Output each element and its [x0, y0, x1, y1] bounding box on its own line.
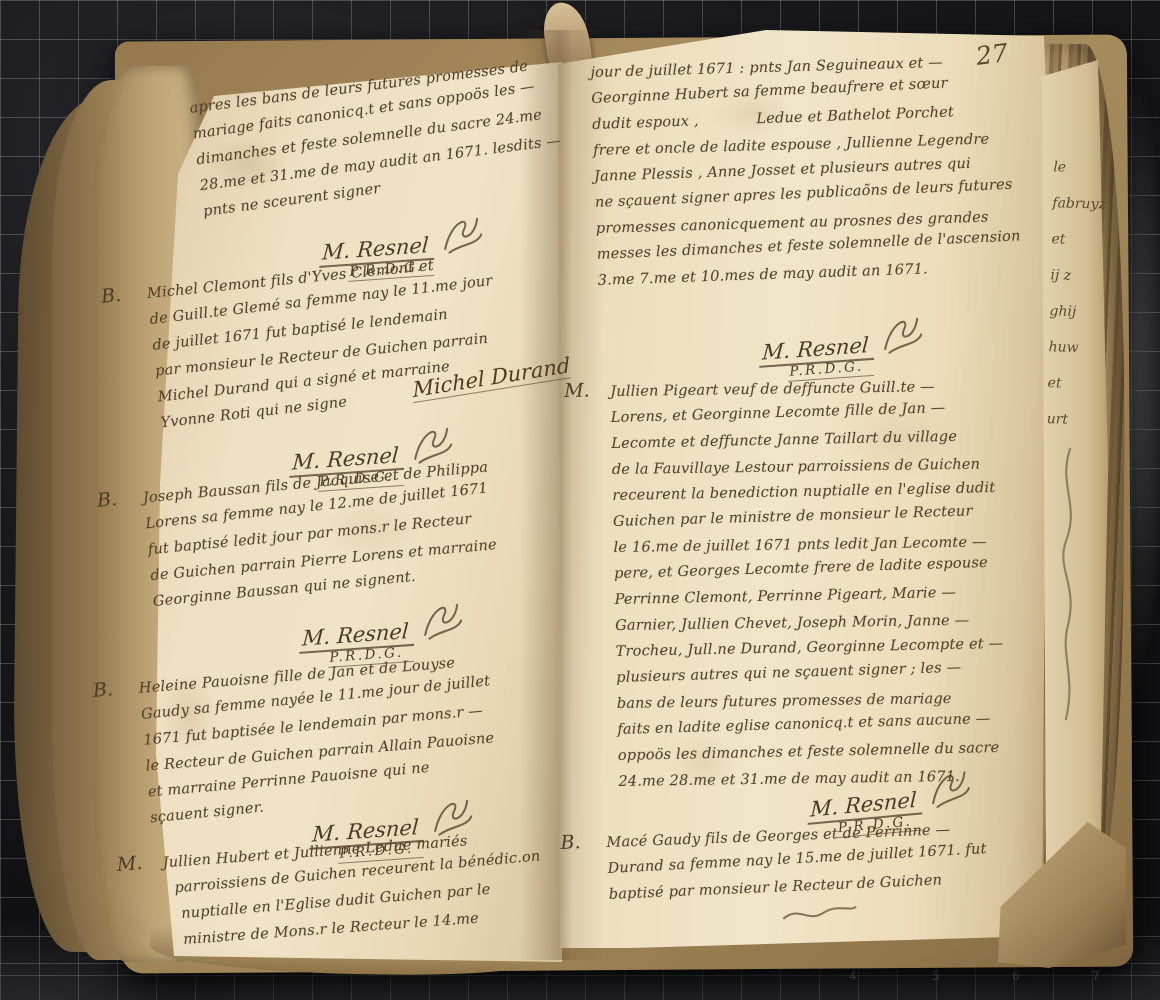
text-fragment: fabruyz: [1052, 185, 1113, 223]
mat-ruler-number: 5: [932, 969, 940, 983]
register-entry: B. Macé Gaudy fils de Georges et de Perr…: [560, 811, 1050, 940]
entry-lines: Jullien Pigeart veuf de deffuncte Guill.…: [610, 370, 1059, 795]
text-fragment: huw: [1048, 329, 1109, 367]
entry-lines: jour de juillet 1671 : pnts Jan Seguinea…: [590, 44, 1046, 293]
text-fragment: et: [1047, 365, 1108, 403]
signature-flourish-icon: [876, 312, 925, 359]
entry-lines: Macé Gaudy fils de Georges et de Perrinn…: [606, 811, 1050, 938]
mat-ruler-number: 6: [1012, 969, 1020, 983]
register-entry: M. Jullien Pigeart veuf de deffuncte Gui…: [564, 370, 1059, 796]
register-entry: jour de juillet 1671 : pnts Jan Seguinea…: [590, 44, 1046, 293]
edge-ink-flourish-icon: [1056, 445, 1082, 729]
entry-type-marker: B.: [560, 830, 611, 940]
mat-ruler-number: 7: [1092, 969, 1100, 983]
text-fragment: urt: [1046, 401, 1107, 439]
text-fragment: ghij: [1049, 293, 1110, 331]
text-fragment: le: [1053, 149, 1114, 187]
text-fragment: ij z: [1050, 257, 1111, 295]
next-page-text-fragments: lefabruyzetij zghijhuweturt: [1046, 149, 1114, 438]
signature-flourish-icon: [416, 598, 465, 645]
manuscript-photo: 4567 apres les bans de leurs futures pro…: [0, 0, 1160, 1000]
entry-type-marker: M.: [116, 850, 170, 957]
text-fragment: et: [1051, 221, 1112, 259]
signature-flourish-icon: [924, 766, 974, 814]
mat-ruler-number: 4: [849, 969, 857, 983]
